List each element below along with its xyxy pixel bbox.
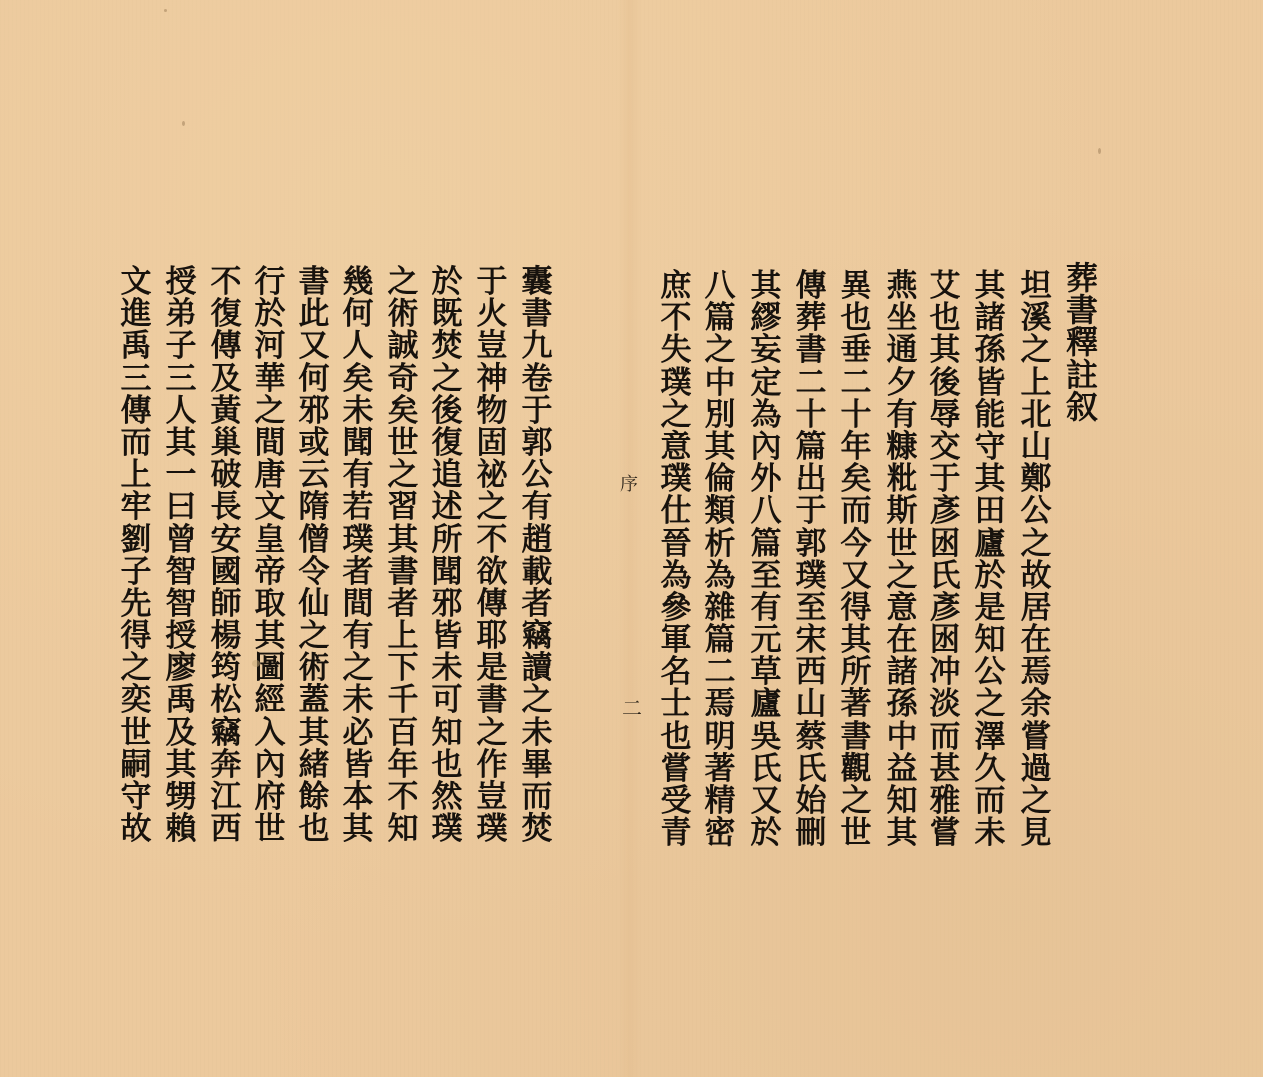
glyph: 璞 [656, 367, 696, 399]
glyph: 本 [338, 781, 378, 813]
glyph: 燕 [882, 270, 922, 302]
glyph: 于 [472, 266, 512, 298]
glyph: 草 [746, 656, 786, 688]
glyph: 失 [656, 334, 696, 366]
glyph: 不 [206, 266, 246, 298]
glyph: 者 [517, 588, 557, 620]
glyph: 未 [427, 652, 467, 684]
glyph: 通 [882, 334, 922, 366]
text-column: 之術誠奇矣世之習其書者上下千百年不知 [383, 266, 423, 845]
glyph: 智 [161, 588, 201, 620]
glyph: 其 [970, 463, 1010, 495]
glyph: 傳 [472, 588, 512, 620]
glyph: 得 [116, 620, 156, 652]
glyph: 過 [1016, 753, 1056, 785]
glyph: 破 [206, 459, 246, 491]
glyph: 焉 [700, 688, 740, 720]
glyph: 為 [746, 399, 786, 431]
glyph: 雜 [700, 592, 740, 624]
glyph: 令 [294, 556, 334, 588]
glyph: 術 [294, 652, 334, 684]
paper-speck [182, 121, 185, 126]
glyph: 筠 [206, 652, 246, 684]
glyph: 世 [836, 817, 876, 849]
glyph: 璞 [791, 560, 831, 592]
glyph: 益 [882, 753, 922, 785]
glyph: 百 [383, 717, 423, 749]
glyph: 異 [836, 270, 876, 302]
glyph: 之 [250, 395, 290, 427]
glyph: 邪 [427, 588, 467, 620]
glyph: 刪 [791, 817, 831, 849]
glyph: 宋 [791, 624, 831, 656]
glyph: 子 [116, 556, 156, 588]
glyph: 仙 [294, 588, 334, 620]
glyph: 得 [836, 592, 876, 624]
glyph: 廖 [161, 652, 201, 684]
glyph: 禹 [161, 684, 201, 716]
glyph: 北 [1016, 399, 1056, 431]
glyph: 葬 [791, 302, 831, 334]
glyph: 山 [1016, 431, 1056, 463]
glyph: 在 [1016, 624, 1056, 656]
glyph: 三 [116, 363, 156, 395]
glyph: 知 [970, 624, 1010, 656]
glyph: 間 [338, 588, 378, 620]
text-column: 行於河華之間唐文皇帝取其圖經入內府世 [250, 266, 290, 845]
glyph: 密 [700, 817, 740, 849]
glyph: 也 [836, 302, 876, 334]
glyph: 能 [970, 399, 1010, 431]
glyph: 為 [656, 560, 696, 592]
glyph: 年 [383, 749, 423, 781]
glyph: 之 [338, 652, 378, 684]
glyph: 也 [427, 749, 467, 781]
glyph: 故 [116, 813, 156, 845]
glyph: 之 [970, 688, 1010, 720]
glyph: 而 [116, 427, 156, 459]
glyph: 焉 [1016, 656, 1056, 688]
glyph: 其 [161, 749, 201, 781]
glyph: 長 [206, 491, 246, 523]
glyph: 未 [338, 395, 378, 427]
glyph: 溪 [1016, 302, 1056, 334]
glyph: 公 [517, 459, 557, 491]
glyph: 讀 [517, 652, 557, 684]
text-column: 庶不失璞之意璞仕晉為參軍名士也嘗受青 [656, 270, 696, 849]
glyph: 為 [700, 560, 740, 592]
glyph: 世 [250, 813, 290, 845]
glyph: 析 [700, 528, 740, 560]
glyph: 釋 [1062, 326, 1102, 358]
glyph: 之 [1016, 528, 1056, 560]
glyph: 皆 [338, 749, 378, 781]
glyph: 內 [250, 749, 290, 781]
glyph: 守 [970, 431, 1010, 463]
glyph: 澤 [970, 721, 1010, 753]
glyph: 復 [206, 298, 246, 330]
glyph: 術 [383, 298, 423, 330]
text-column: 幾何人矣未聞有若璞者間有之未必皆本其 [338, 266, 378, 845]
glyph: 之 [116, 652, 156, 684]
text-column: 燕坐通夕有糠粃斯世之意在諸孫中益知其 [882, 270, 922, 849]
glyph: 蔡 [791, 721, 831, 753]
glyph: 復 [427, 427, 467, 459]
glyph: 冲 [925, 656, 965, 688]
glyph: 河 [250, 330, 290, 362]
text-column: 授弟子三人其一曰曾智智授廖禹及其甥賴 [161, 266, 201, 845]
text-column: 坦溪之上北山鄭公之故居在焉余嘗過之見 [1016, 270, 1056, 849]
glyph: 進 [116, 298, 156, 330]
glyph: 豈 [472, 330, 512, 362]
glyph: 物 [472, 395, 512, 427]
paper-speck [252, 660, 260, 667]
glyph: 雅 [925, 785, 965, 817]
glyph: 孫 [882, 688, 922, 720]
text-column: 傳葬書二十篇出于郭璞至宋西山蔡氏始刪 [791, 270, 831, 849]
glyph: 之 [1016, 334, 1056, 366]
glyph: 類 [700, 495, 740, 527]
glyph: 書 [472, 684, 512, 716]
glyph: 竊 [517, 620, 557, 652]
glyph: 之 [1016, 785, 1056, 817]
glyph: 趙 [517, 524, 557, 556]
text-column: 異也垂二十年矣而今又得其所著書觀之世 [836, 270, 876, 849]
glyph: 粃 [882, 463, 922, 495]
glyph: 矣 [338, 363, 378, 395]
glyph: 中 [700, 367, 740, 399]
glyph: 千 [383, 684, 423, 716]
glyph: 西 [206, 813, 246, 845]
glyph: 取 [250, 588, 290, 620]
glyph: 不 [383, 781, 423, 813]
glyph: 葬 [1062, 262, 1102, 294]
glyph: 晉 [656, 528, 696, 560]
glyph: 弟 [161, 298, 201, 330]
glyph: 外 [746, 463, 786, 495]
glyph: 經 [250, 684, 290, 716]
glyph: 於 [250, 298, 290, 330]
glyph: 人 [338, 330, 378, 362]
glyph: 中 [882, 721, 922, 753]
glyph: 意 [882, 592, 922, 624]
glyph: 之 [472, 717, 512, 749]
glyph: 或 [294, 427, 334, 459]
glyph: 江 [206, 781, 246, 813]
glyph: 至 [791, 592, 831, 624]
glyph: 久 [970, 753, 1010, 785]
glyph: 西 [791, 656, 831, 688]
glyph: 至 [746, 560, 786, 592]
glyph: 可 [427, 684, 467, 716]
glyph: 一 [161, 459, 201, 491]
glyph: 國 [206, 556, 246, 588]
glyph: 所 [427, 524, 467, 556]
text-column: 于火豈神物固祕之不欲傳耶是書之作豈璞 [472, 266, 512, 845]
glyph: 餘 [294, 781, 334, 813]
glyph: 知 [882, 785, 922, 817]
glyph: 子 [161, 330, 201, 362]
glyph: 黃 [206, 395, 246, 427]
glyph: 及 [161, 717, 201, 749]
glyph: 于 [791, 495, 831, 527]
glyph: 皆 [970, 367, 1010, 399]
glyph: 楊 [206, 620, 246, 652]
glyph: 知 [427, 717, 467, 749]
glyph: 書 [383, 556, 423, 588]
glyph: 其 [970, 270, 1010, 302]
glyph: 山 [791, 688, 831, 720]
glyph: 璞 [427, 813, 467, 845]
glyph: 辱 [925, 399, 965, 431]
glyph: 余 [1016, 688, 1056, 720]
glyph: 明 [700, 721, 740, 753]
glyph: 之 [472, 491, 512, 523]
glyph: 祕 [472, 459, 512, 491]
glyph: 必 [338, 717, 378, 749]
glyph: 其 [294, 717, 334, 749]
glyph: 世 [383, 427, 423, 459]
glyph: 蓋 [294, 684, 334, 716]
glyph: 八 [700, 270, 740, 302]
glyph: 傳 [791, 270, 831, 302]
glyph: 別 [700, 399, 740, 431]
glyph: 十 [836, 399, 876, 431]
glyph: 璞 [656, 463, 696, 495]
glyph: 有 [338, 620, 378, 652]
glyph: 繆 [746, 302, 786, 334]
glyph: 其 [746, 270, 786, 302]
glyph: 夕 [882, 367, 922, 399]
glyph: 著 [700, 753, 740, 785]
glyph: 囊 [517, 266, 557, 298]
glyph: 作 [472, 749, 512, 781]
glyph: 者 [383, 588, 423, 620]
glyph: 九 [517, 330, 557, 362]
glyph: 彥 [925, 592, 965, 624]
glyph: 唐 [250, 459, 290, 491]
glyph: 劉 [116, 524, 156, 556]
glyph: 述 [427, 491, 467, 523]
glyph: 府 [250, 781, 290, 813]
glyph: 未 [338, 684, 378, 716]
glyph: 何 [294, 363, 334, 395]
glyph: 於 [970, 560, 1010, 592]
glyph: 也 [294, 813, 334, 845]
glyph: 矣 [836, 463, 876, 495]
glyph: 有 [882, 399, 922, 431]
glyph: 又 [294, 330, 334, 362]
glyph: 名 [656, 656, 696, 688]
glyph: 公 [1016, 495, 1056, 527]
glyph: 見 [1016, 817, 1056, 849]
glyph: 之 [517, 684, 557, 716]
glyph: 焚 [427, 330, 467, 362]
paper-speck [164, 9, 167, 12]
glyph: 賴 [161, 813, 201, 845]
glyph: 斯 [882, 495, 922, 527]
glyph: 諸 [882, 656, 922, 688]
glyph: 其 [250, 620, 290, 652]
glyph: 庶 [656, 270, 696, 302]
glyph: 神 [472, 363, 512, 395]
glyph: 之 [882, 560, 922, 592]
glyph: 篇 [700, 302, 740, 334]
glyph: 固 [472, 427, 512, 459]
glyph: 璞 [472, 813, 512, 845]
glyph: 出 [791, 463, 831, 495]
glyph: 皇 [250, 524, 290, 556]
glyph: 軍 [656, 624, 696, 656]
glyph: 淡 [925, 688, 965, 720]
glyph: 受 [656, 785, 696, 817]
glyph: 氏 [925, 560, 965, 592]
glyph: 奔 [206, 749, 246, 781]
glyph: 文 [250, 491, 290, 523]
glyph: 垂 [836, 334, 876, 366]
glyph: 其 [700, 431, 740, 463]
glyph: 于 [925, 463, 965, 495]
glyph: 書 [836, 721, 876, 753]
text-column: 其繆妄定為內外八篇至有元草廬吳氏又於 [746, 270, 786, 849]
glyph: 守 [116, 781, 156, 813]
glyph: 艾 [925, 270, 965, 302]
glyph: 二 [791, 367, 831, 399]
glyph: 未 [970, 817, 1010, 849]
right-page: 葬書釋註叙 坦溪之上北山鄭公之故居在焉余嘗過之見 其諸孫皆能守其田廬於是知公之澤… [630, 0, 1263, 1077]
glyph: 于 [517, 395, 557, 427]
glyph: 坐 [882, 302, 922, 334]
glyph: 於 [427, 266, 467, 298]
glyph: 二 [700, 656, 740, 688]
glyph: 隋 [294, 491, 334, 523]
glyph: 有 [746, 592, 786, 624]
glyph: 篇 [746, 528, 786, 560]
glyph: 後 [925, 367, 965, 399]
text-column: 於既焚之後復追述所聞邪皆未可知也然璞 [427, 266, 467, 845]
glyph: 甥 [161, 781, 201, 813]
glyph: 定 [746, 367, 786, 399]
glyph: 而 [970, 785, 1010, 817]
glyph: 書 [1062, 294, 1102, 326]
glyph: 其 [836, 624, 876, 656]
glyph: 卷 [517, 363, 557, 395]
glyph: 內 [746, 431, 786, 463]
glyph: 先 [116, 588, 156, 620]
glyph: 青 [656, 817, 696, 849]
glyph: 參 [656, 592, 696, 624]
left-page: 囊書九卷于郭公有趙載者竊讀之未畢而焚 于火豈神物固祕之不欲傳耶是書之作豈璞 於既… [0, 0, 630, 1077]
glyph: 習 [383, 491, 423, 523]
glyph: 曾 [161, 524, 201, 556]
glyph: 授 [161, 620, 201, 652]
glyph: 僧 [294, 524, 334, 556]
glyph: 居 [1016, 592, 1056, 624]
glyph: 巢 [206, 427, 246, 459]
glyph: 耶 [472, 620, 512, 652]
glyph: 何 [338, 298, 378, 330]
glyph: 下 [383, 652, 423, 684]
glyph: 行 [250, 266, 290, 298]
text-column: 八篇之中別其倫類析為雜篇二焉明著精密 [700, 270, 740, 849]
glyph: 之 [383, 459, 423, 491]
glyph: 是 [970, 592, 1010, 624]
glyph: 間 [250, 427, 290, 459]
glyph: 著 [836, 688, 876, 720]
glyph: 既 [427, 298, 467, 330]
glyph: 有 [338, 459, 378, 491]
glyph: 嘗 [1016, 721, 1056, 753]
glyph: 然 [427, 781, 467, 813]
glyph: 聞 [338, 427, 378, 459]
glyph: 士 [656, 688, 696, 720]
glyph: 而 [517, 781, 557, 813]
glyph: 書 [791, 334, 831, 366]
glyph: 豈 [472, 781, 512, 813]
glyph: 年 [836, 431, 876, 463]
glyph: 人 [161, 395, 201, 427]
glyph: 上 [1016, 367, 1056, 399]
glyph: 云 [294, 459, 334, 491]
glyph: 二 [836, 367, 876, 399]
glyph: 之 [836, 785, 876, 817]
glyph: 欲 [472, 556, 512, 588]
glyph: 觀 [836, 753, 876, 785]
glyph: 聞 [427, 556, 467, 588]
glyph: 世 [116, 717, 156, 749]
preface-title: 葬書釋註叙 [1062, 262, 1102, 423]
glyph: 之 [294, 620, 334, 652]
glyph: 郭 [517, 427, 557, 459]
glyph: 糠 [882, 431, 922, 463]
glyph: 松 [206, 684, 246, 716]
glyph: 入 [250, 717, 290, 749]
glyph: 知 [383, 813, 423, 845]
glyph: 之 [383, 266, 423, 298]
glyph: 意 [656, 431, 696, 463]
glyph: 幾 [338, 266, 378, 298]
glyph: 嘗 [656, 753, 696, 785]
glyph: 註 [1062, 359, 1102, 391]
glyph: 曰 [161, 491, 201, 523]
glyph: 是 [472, 652, 512, 684]
glyph: 此 [294, 298, 334, 330]
glyph: 交 [925, 431, 965, 463]
glyph: 妄 [746, 334, 786, 366]
glyph: 也 [656, 721, 696, 753]
glyph: 又 [746, 785, 786, 817]
glyph: 鄭 [1016, 463, 1056, 495]
glyph: 八 [746, 495, 786, 527]
glyph: 嘗 [925, 817, 965, 849]
glyph: 奇 [383, 363, 423, 395]
glyph: 其 [338, 813, 378, 845]
glyph: 其 [925, 334, 965, 366]
glyph: 精 [700, 785, 740, 817]
glyph: 傳 [206, 330, 246, 362]
glyph: 世 [882, 528, 922, 560]
text-column: 艾也其後辱交于彥囦氏彥囦冲淡而甚雅嘗 [925, 270, 965, 849]
glyph: 元 [746, 624, 786, 656]
text-column: 囊書九卷于郭公有趙載者竊讀之未畢而焚 [517, 266, 557, 845]
glyph: 者 [338, 556, 378, 588]
glyph: 及 [206, 363, 246, 395]
glyph: 故 [1016, 560, 1056, 592]
glyph: 孫 [970, 334, 1010, 366]
glyph: 之 [656, 399, 696, 431]
glyph: 其 [383, 524, 423, 556]
glyph: 坦 [1016, 270, 1056, 302]
